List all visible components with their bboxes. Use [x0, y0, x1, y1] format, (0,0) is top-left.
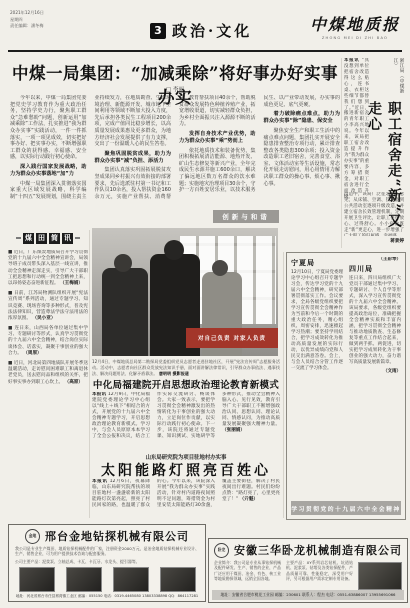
brief-item: ■ 近日，河北局第四地质队开展冬季送温暖活动，走访慰问困难职工和离退休老党员，送…: [8, 361, 88, 386]
ad-title-row: 卧龙 安徽三华卧龙机械制造有限公司: [209, 542, 407, 558]
header-ornament: [75, 237, 80, 239]
main-article-intro: 今年以来，中煤一局集团党委把党史学习教育作为重大政治任务，坚持学史力行，聚焦职工…: [10, 95, 87, 161]
ad-body: 企业简介：我公司是专业从事钻探机械及配件研发、生产、销售的企业，产品广泛应用于煤…: [214, 560, 402, 590]
product-photo: [160, 567, 196, 592]
main-article-body: 今年以来，中煤一局集团党委把党史学习教育作为重大政治任务，坚持学史力行，聚焦职工…: [10, 95, 340, 227]
brief-item: ■ 连日来，山西局各单位通过集中学习、专题研讨等形式，认真学习贯彻党的十九届六中…: [8, 326, 88, 357]
main-article-subhead-divide: 着力破除痛点难点，助力为群众办实事“除”隐患、保安全: [264, 111, 341, 125]
solar-article-body: 本报讯 12月6日，夜幕降临，山东局研究院帮扶的项目驻地村一盏盏崭新的太阳能路灯…: [92, 479, 280, 521]
ad-product-photos: [9, 567, 205, 592]
innovation-harmony-banner: 创新与和谐: [213, 210, 279, 223]
ad-title-row: 金地 邢台金地钻探机械有限公司: [9, 528, 205, 544]
company-logo-icon: 卧龙: [214, 543, 229, 558]
header-rule: [8, 50, 402, 52]
main-article-subhead-add: 深入践行国家发展战略，助力为群众办实事落地“加”力: [10, 164, 87, 178]
photo-figure-head: [212, 260, 228, 276]
company-logo-icon: 金地: [25, 529, 40, 544]
bureau-author: （王彩琴）: [349, 257, 401, 263]
briefs-section-header: 煤 田 简 讯: [8, 230, 88, 246]
ad-company-name: 安徽三华卧龙机械制造有限公司: [234, 542, 402, 558]
brief-author: （高原）: [65, 380, 83, 385]
ad-company-name: 邢台金地钻探机械有限公司: [45, 528, 189, 544]
news-photo: 对自己负责 对家人负责: [92, 228, 278, 356]
sidebar-article-continuation: 改造中，该局广泛征求职工意见，从床铺、空调、热水器到公共活动室逐项升级改造，并建…: [344, 192, 404, 236]
ad-products-text: 公司主要产品：泥浆泵、立轴总成、卡瓦、卡瓦牙、水龙头、提引器等。: [15, 559, 199, 564]
bureau-news-content: 宁夏局 12月10日，宁夏局党委理论学习中心组召开专题学习会，传达学习党的十九届…: [291, 257, 401, 497]
main-article-paragraph: 聚焦安全生产和职工生活中的痛点难点问题，集团扎实开展安全隐患排查整治专项行动，累…: [264, 128, 341, 187]
bureau-news-box: 宁夏局 12月10日，宁夏局党委理论学习中心组召开专题学习会，传达学习党的十九届…: [286, 252, 406, 520]
bureau-author: （文雨）: [349, 369, 401, 375]
photo-red-banner: 对自己负责 对家人负责: [186, 328, 278, 348]
ad-intro-text: 我公司是专业生产煤田、地质钻探机械配件的厂家，注册资金2000万元，是冶金地质钻…: [15, 546, 199, 557]
column-divider: [89, 230, 90, 518]
dispatch-label: 本报讯: [92, 479, 108, 484]
newspaper-name: 中煤地质报: [310, 12, 400, 35]
dispatch-label: 本报讯: [344, 58, 359, 63]
briefs-header-char: 煤: [23, 233, 34, 244]
sidebar-article-author: 蒋景婷: [344, 238, 404, 244]
sidebar-article-kicker: 浙江局（中煤浙江）: [369, 58, 404, 99]
photo-caption: 12月4日，中煤地质总局第二勘探局党委组织党员志愿者走进驻地社区，开展“宪法宣传…: [92, 359, 280, 377]
issue-editor: 责任编辑：潘冬梅: [10, 23, 44, 30]
briefs-header-char: 讯: [62, 233, 73, 244]
product-photo: [19, 567, 55, 592]
zhonghua-article-author: （张丽娟）: [222, 428, 245, 433]
brief-author: （王梅娟）: [60, 281, 83, 286]
brief-text: ■ 连日来，山西局各单位通过集中学习、专题研讨等形式，认真学习贯彻党的十九届六中…: [8, 326, 88, 356]
ad-main-products: 主要产品：XY系列岩芯钻机、坑道钻机、泥浆泵、钻塔及各类钻探配件，产品质量可靠、…: [286, 560, 353, 590]
brief-author: （周原）: [23, 351, 41, 356]
solar-article-text: 12月6日，夜幕降临，山东局研究院帮扶的项目驻地村一盏盏崭新的太阳能路灯次第亮起…: [92, 479, 280, 508]
ad-anhui-sanhua: 卧龙 安徽三华卧龙机械制造有限公司 企业简介：我公司是专业从事钻探机械及配件研发…: [208, 538, 408, 603]
bureau-title-sichuan: 四川局: [349, 265, 401, 274]
brief-author: （吴小亚）: [32, 316, 55, 321]
photo-credit: 唐明明 摄影报道: [159, 371, 189, 376]
brief-item: ■ 近日，广东煤炭地质局召开学习贯彻党的十九届六中全会精神宣讲会，局领导班子成员…: [8, 250, 88, 287]
briefs-list: ■ 近日，广东煤炭地质局召开学习贯彻党的十九届六中全会精神宣讲会，局领导班子成员…: [8, 250, 88, 516]
header-ornament: [16, 237, 21, 239]
section-title: 政治·文化: [172, 20, 252, 41]
ad-contact-bar: 地址：安徽省合肥市桃花工业园 邮编：230601 联系人：程杰 电话：0551-…: [212, 590, 404, 600]
page-number: 3: [150, 23, 166, 39]
photo-figure-head: [114, 254, 132, 272]
briefs-header-char: 田: [36, 233, 47, 244]
photo-figure-head: [164, 240, 184, 260]
photo-figure: [102, 268, 148, 356]
product-photo: [113, 567, 149, 592]
masthead: 中煤地质报 ZHONG MEI DI ZHI BAO: [310, 12, 400, 40]
zhonghua-article-body: 本报讯 12月9日，中化局福建院党委理论学习中心组以“线上＋线下”相结合的方式，…: [92, 392, 280, 450]
briefs-header-char: 简: [49, 233, 60, 244]
bureau-body: 连日来，四川局组织广大党员干部通过集中学习、专题研讨、个人自学等形式，深入学习宣…: [349, 276, 401, 366]
ad-company-profile: 企业简介：我公司是专业从事钻探机械及配件研发、生产、销售的企业，产品广泛应用于煤…: [214, 560, 281, 590]
zhonghua-article-text: 12月9日，中化局福建院党委理论学习中心组以“线上＋线下”相结合的方式，开展党的…: [92, 392, 280, 439]
newspaper-name-pinyin: ZHONG MEI DI ZHI BAO: [310, 36, 400, 40]
solar-article-headline: 太阳能路灯照亮百姓心: [92, 460, 280, 480]
bureau-title-ningxia: 宁夏局: [291, 259, 343, 268]
main-article-byline: □ 李丽: [10, 85, 340, 93]
zhonghua-article-headline: 中化局福建院开启思想政治理论教育新模式: [92, 377, 280, 391]
main-article-subhead-multiply: 发挥自身技术产业优势，助力为群众办实事“乘”势而上: [179, 131, 256, 145]
plenary-session-banner: 学习贯彻党的十九届六中全会精神: [291, 501, 401, 515]
issue-date-block: 2021年12月16日 星期四 责任编辑：潘冬梅: [10, 10, 44, 30]
column-divider: [283, 252, 284, 518]
ad-xingtai-jindi: 金地 邢台金地钻探机械有限公司 我公司是专业生产煤田、地质钻探机械配件的厂家，注…: [8, 524, 206, 602]
ad-contact-line: 地址：河北省邢台市任县邢湾镇工业区 邮编：055150 电话：0319-4465…: [12, 594, 202, 599]
product-photo: [358, 562, 402, 590]
solar-article-author: （亓魁）: [240, 497, 258, 502]
dispatch-label: 本报讯: [92, 392, 106, 397]
page-tag: 3 政治·文化: [150, 20, 252, 41]
column-divider: [341, 58, 342, 248]
bureau-body: 12月10日，宁夏局党委理论学习中心组召开专题学习会，传达学习党的十九届六中全会…: [291, 270, 343, 372]
product-photo: [66, 567, 102, 592]
main-article-subhead-subtract: 聚焦巩固脱贫成果，助力为群众办实事“减”负担、添活力: [95, 151, 172, 165]
issue-date: 2021年12月16日: [10, 10, 44, 17]
brief-item: ■ 日前，江苏局物测队组织开展“宪法宣传周”系列活动，通过专题学习、知识竞赛、现…: [8, 291, 88, 322]
